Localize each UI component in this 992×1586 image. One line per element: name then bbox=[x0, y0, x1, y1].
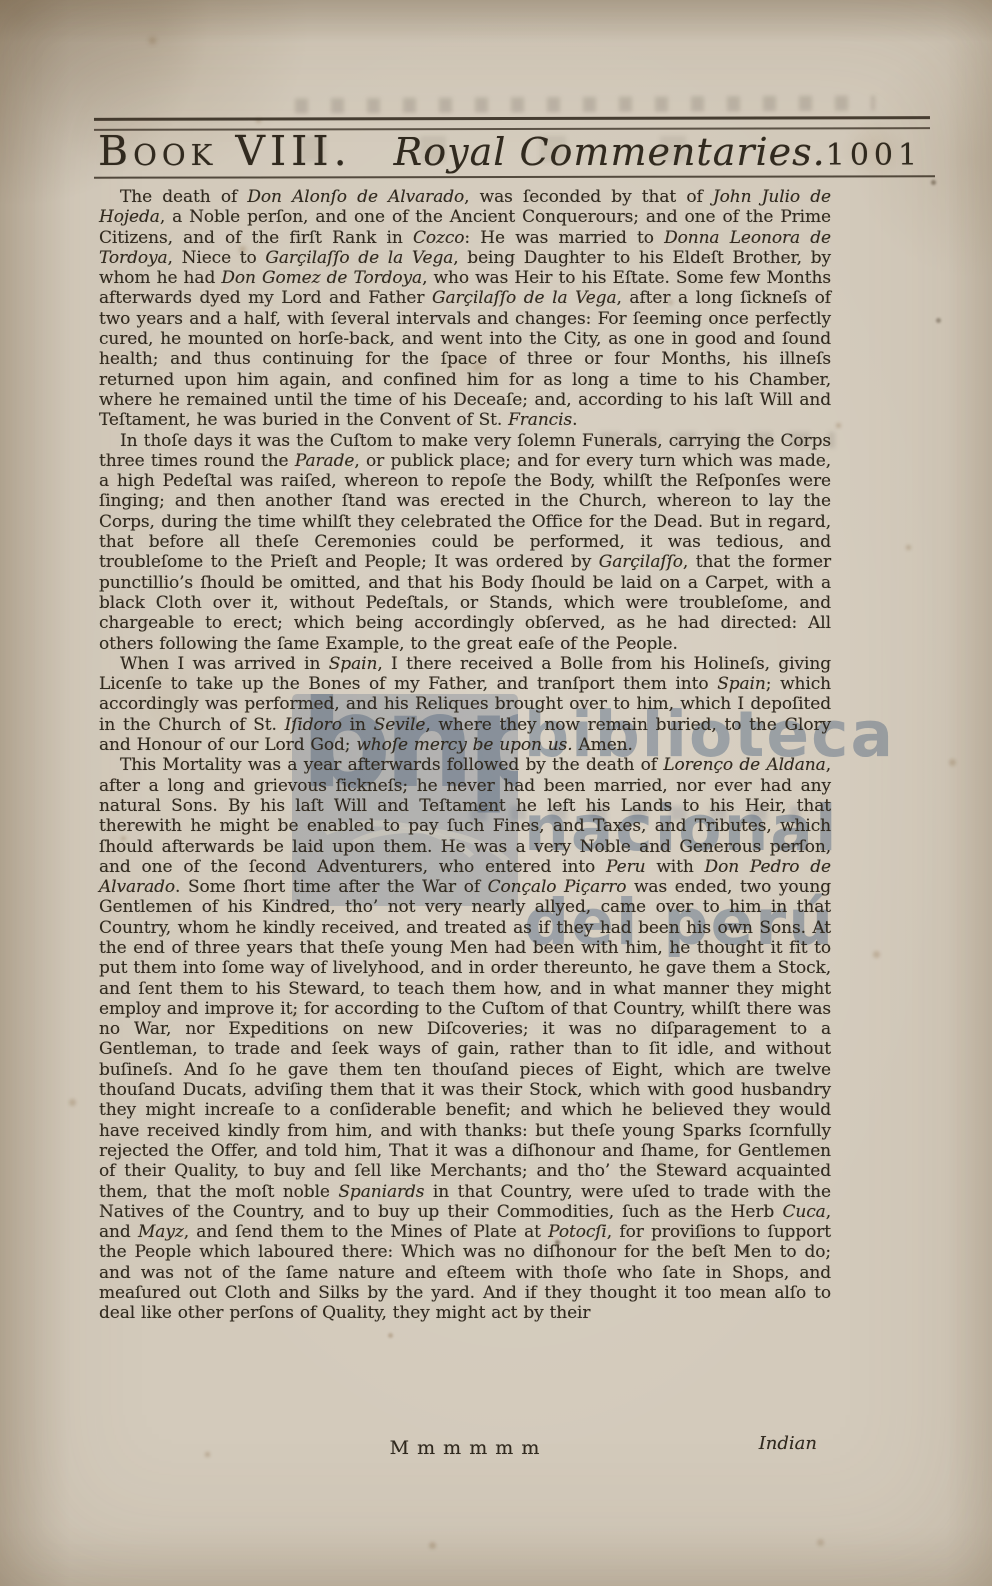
italic-text-segment: Don Gomez de Tordoya bbox=[221, 268, 422, 288]
signature-mark: M m m m m m bbox=[390, 1437, 541, 1459]
text-segment: , after a long ſickneſs of two years and… bbox=[99, 288, 831, 430]
italic-text-segment: Conçalo Piçarro bbox=[488, 877, 627, 897]
italic-text-segment: whoſe mercy be upon us. bbox=[356, 735, 572, 755]
catchword: Indian bbox=[759, 1433, 817, 1454]
text-segment: , Niece to bbox=[168, 248, 266, 268]
scanned-book-page: bnp bibliotecanacionaldel perú Book VIII… bbox=[0, 0, 992, 1586]
text-segment: Amen. bbox=[573, 735, 633, 755]
text-segment: : He was married to bbox=[464, 228, 664, 248]
text-segment: was ended, two young Gentlemen of his Ki… bbox=[99, 877, 831, 1201]
italic-text-segment: Parade bbox=[295, 451, 354, 471]
paragraph: This Mortality was a year afterwards fol… bbox=[99, 755, 831, 1323]
italic-text-segment: Garçilaſſo bbox=[599, 552, 683, 572]
book-label: Book VIII. bbox=[98, 127, 352, 175]
text-segment: The death of bbox=[120, 187, 247, 207]
italic-text-segment: Garçilaſſo de la Vega bbox=[432, 288, 617, 308]
italic-text-segment: Potocſi bbox=[548, 1222, 607, 1242]
running-title: Royal Commentaries. bbox=[394, 130, 826, 174]
body-text: The death of Don Alonſo de Alvarado, was… bbox=[99, 187, 831, 1324]
italic-text-segment: Spain bbox=[717, 674, 766, 694]
text-segment: with bbox=[645, 857, 704, 877]
paragraph: The death of Don Alonſo de Alvarado, was… bbox=[99, 187, 831, 431]
page-header: Book VIII. Royal Commentaries. 1001 bbox=[98, 127, 920, 177]
paper-speck-layer bbox=[0, 0, 5, 5]
italic-text-segment: Spaniards bbox=[338, 1182, 424, 1202]
italic-text-segment: Mayz bbox=[138, 1222, 184, 1242]
italic-text-segment: Cuca bbox=[782, 1202, 825, 1222]
text-segment: , and ſend them to the Mines of Plate at bbox=[184, 1222, 548, 1242]
text-segment: . Some ſhort time after the War of bbox=[175, 877, 488, 897]
italic-text-segment: Francis bbox=[508, 410, 572, 430]
text-segment: , was ſeconded by that of bbox=[464, 187, 713, 207]
page-number: 1001 bbox=[826, 138, 922, 173]
paragraph: In thoſe days it was the Cuſtom to make … bbox=[99, 431, 831, 654]
text-segment: This Mortality was a year afterwards fol… bbox=[120, 755, 663, 775]
italic-text-segment: Cozco bbox=[413, 228, 464, 248]
paragraph: When I was arrived in Spain, I there rec… bbox=[99, 654, 831, 755]
italic-text-segment: Spain bbox=[329, 654, 378, 674]
page-footer: M m m m m m Indian bbox=[99, 1437, 831, 1465]
italic-text-segment: Lorenço de Aldana bbox=[663, 755, 825, 775]
italic-text-segment: Don Alonſo de Alvarado bbox=[247, 187, 464, 207]
text-segment: . bbox=[572, 410, 577, 430]
italic-text-segment: Iſidoro bbox=[285, 715, 342, 735]
italic-text-segment: Sevile bbox=[374, 715, 426, 735]
italic-text-segment: Peru bbox=[606, 857, 645, 877]
text-segment: in bbox=[342, 715, 374, 735]
italic-text-segment: Garçilaſſo de la Vega bbox=[265, 248, 453, 268]
ink-offset-smudge bbox=[295, 95, 875, 113]
text-segment: When I was arrived in bbox=[120, 654, 329, 674]
